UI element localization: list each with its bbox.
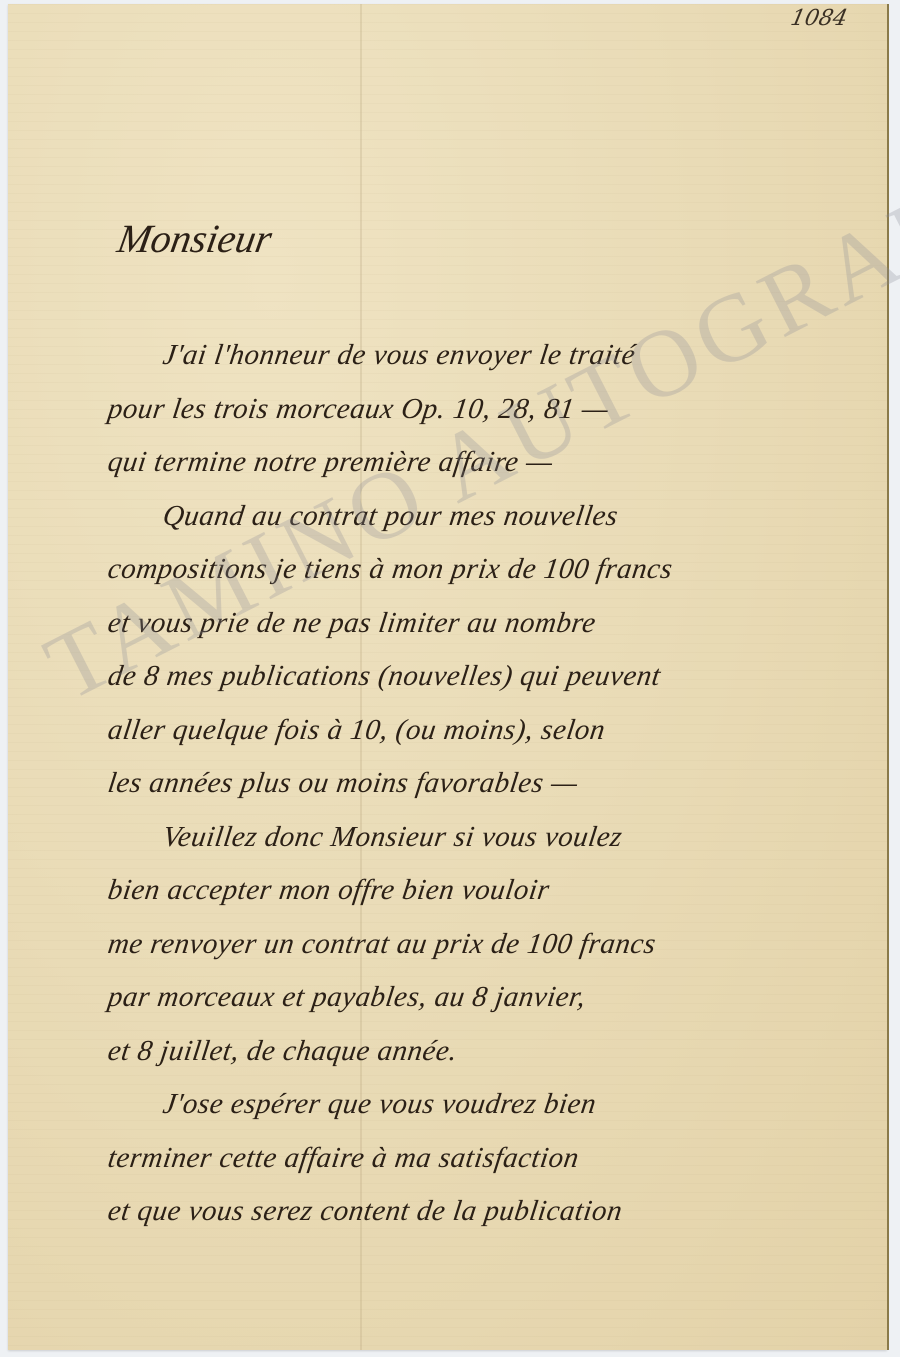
letter-body: Monsieur J'ai l'honneur de vous envoyer …	[108, 209, 878, 1239]
letter-line: J'ose espérer que vous voudrez bien	[104, 1078, 882, 1132]
letter-line: me renvoyer un contrat au prix de 100 fr…	[104, 918, 882, 972]
letter-line: bien accepter mon offre bien vouloir	[104, 864, 882, 918]
letter-line: Quand au contrat pour mes nouvelles	[104, 490, 882, 544]
letter-line: les années plus ou moins favorables —	[104, 757, 882, 811]
letter-line: J'ai l'honneur de vous envoyer le traité	[104, 329, 882, 383]
letter-line: pour les trois morceaux Op. 10, 28, 81 —	[104, 383, 882, 437]
letter-line: et 8 juillet, de chaque année.	[104, 1025, 882, 1079]
salutation: Monsieur	[113, 209, 884, 269]
letter-line: qui termine notre première affaire —	[104, 436, 882, 490]
page-number: 1084	[788, 6, 849, 31]
letter-line: terminer cette affaire à ma satisfaction	[104, 1132, 882, 1186]
letter-line: de 8 mes publications (nouvelles) qui pe…	[104, 650, 882, 704]
letter-line: Veuillez donc Monsieur si vous voulez	[104, 811, 882, 865]
letter-line: aller quelque fois à 10, (ou moins), sel…	[104, 704, 882, 758]
letter-line: et vous prie de ne pas limiter au nombre	[104, 597, 882, 651]
letter-line: compositions je tiens à mon prix de 100 …	[104, 543, 882, 597]
letter-page: 1084 Monsieur J'ai l'honneur de vous env…	[8, 4, 887, 1350]
letter-line: par morceaux et payables, au 8 janvier,	[104, 971, 882, 1025]
letter-line: et que vous serez content de la publicat…	[104, 1185, 882, 1239]
